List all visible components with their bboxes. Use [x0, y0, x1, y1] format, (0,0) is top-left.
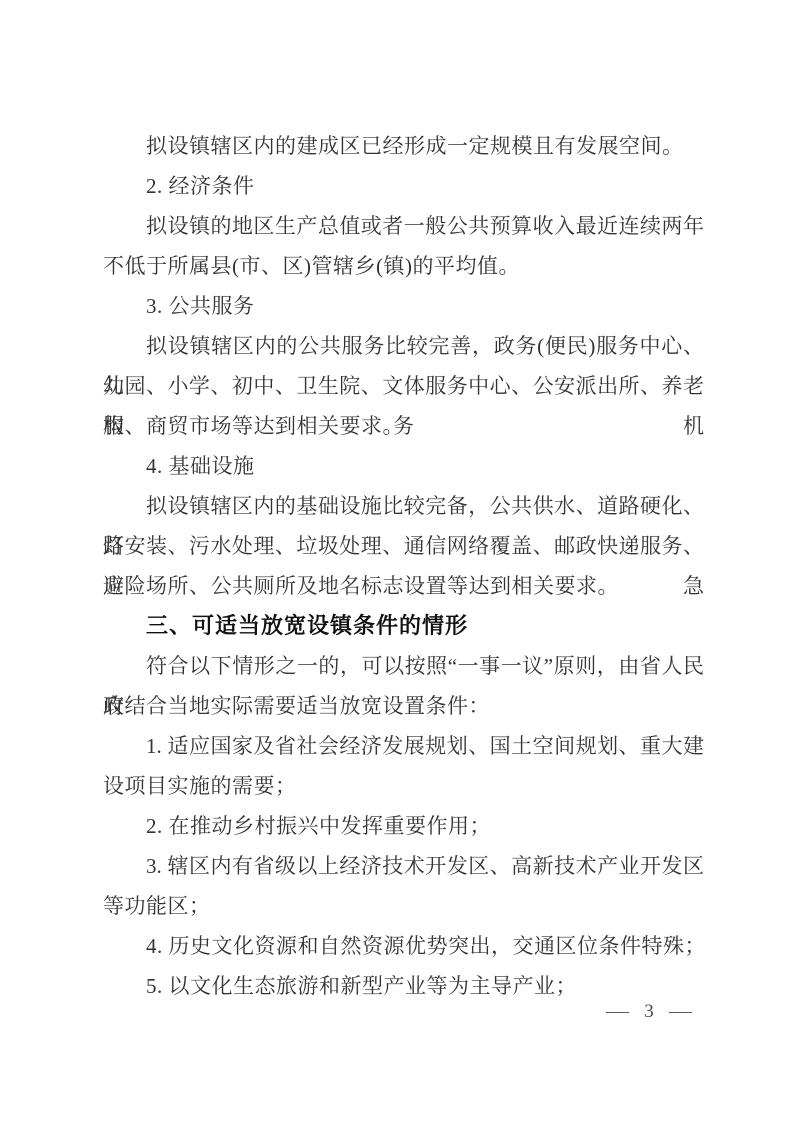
text-line: 拟设镇辖区内的基础设施比较完备，公共供水、道路硬化、路 [103, 486, 704, 526]
page-footer: — 3 — [608, 1000, 690, 1024]
text-line: 府结合当地实际需要适当放宽设置条件： [103, 686, 704, 726]
text-line: 灯安装、污水处理、垃圾处理、通信网络覆盖、邮政快递服务、应急 [103, 526, 704, 566]
text-line: 1. 适应国家及省社会经济发展规划、国土空间规划、重大建 [103, 726, 704, 766]
text-line: 拟设镇的地区生产总值或者一般公共预算收入最近连续两年 [103, 206, 704, 246]
document-text-block: 拟设镇辖区内的建成区已经形成一定规模且有发展空间。2. 经济条件拟设镇的地区生产… [103, 126, 704, 1006]
text-line: 3. 辖区内有省级以上经济技术开发区、高新技术产业开发区 [103, 846, 704, 886]
text-line: 避险场所、公共厕所及地名标志设置等达到相关要求。 [103, 566, 704, 606]
text-line: 拟设镇辖区内的公共服务比较完善，政务(便民)服务中心、幼 [103, 326, 704, 366]
footer-right-dash: — [669, 1001, 692, 1023]
footer-left-dash: — [606, 1001, 629, 1023]
text-line: 符合以下情形之一的，可以按照“一事一议”原则，由省人民政 [103, 646, 704, 686]
text-line: 4. 基础设施 [103, 446, 704, 486]
text-line: 不低于所属县(市、区)管辖乡(镇)的平均值。 [103, 246, 704, 286]
text-line: 等功能区； [103, 886, 704, 926]
text-line: 2. 在推动乡村振兴中发挥重要作用； [103, 806, 704, 846]
text-line: 4. 历史文化资源和自然资源优势突出，交通区位条件特殊； [103, 926, 704, 966]
text-line: 儿园、小学、初中、卫生院、文体服务中心、公安派出所、养老服务机 [103, 366, 704, 406]
text-line: 2. 经济条件 [103, 166, 704, 206]
section-heading: 三、可适当放宽设镇条件的情形 [103, 606, 704, 646]
text-line: 3. 公共服务 [103, 286, 704, 326]
document-page: 拟设镇辖区内的建成区已经形成一定规模且有发展空间。2. 经济条件拟设镇的地区生产… [0, 0, 800, 1122]
text-line: 设项目实施的需要； [103, 766, 704, 806]
text-line: 拟设镇辖区内的建成区已经形成一定规模且有发展空间。 [103, 126, 704, 166]
page-number: 3 [644, 1001, 654, 1023]
